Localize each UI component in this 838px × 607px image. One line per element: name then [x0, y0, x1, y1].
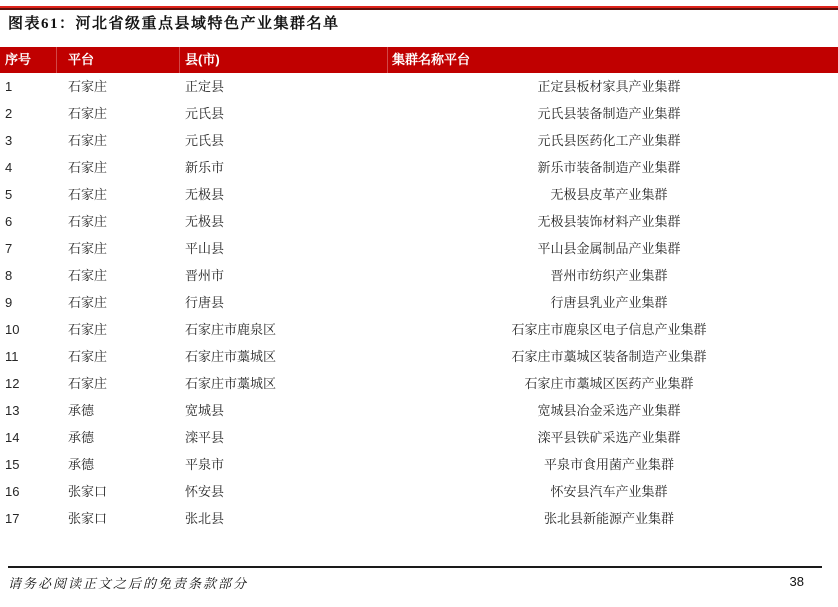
- cell-cluster-name: 行唐县乳业产业集群: [388, 289, 838, 316]
- cell-platform: 石家庄: [57, 154, 180, 181]
- cell-seq: 1: [0, 73, 57, 100]
- table-row: 17 张家口 张北县 张北县新能源产业集群: [0, 505, 838, 532]
- table-body: 1 石家庄 正定县 正定县板材家具产业集群 2 石家庄 元氏县 元氏县装备制造产…: [0, 73, 838, 532]
- table-row: 6 石家庄 无极县 无极县装饰材料产业集群: [0, 208, 838, 235]
- cell-seq: 8: [0, 262, 57, 289]
- table-row: 4 石家庄 新乐市 新乐市装备制造产业集群: [0, 154, 838, 181]
- cell-cluster-name: 张北县新能源产业集群: [388, 505, 838, 532]
- cell-seq: 14: [0, 424, 57, 451]
- cell-seq: 4: [0, 154, 57, 181]
- cell-county: 平山县: [180, 235, 388, 262]
- cell-platform: 石家庄: [57, 262, 180, 289]
- table-row: 7 石家庄 平山县 平山县金属制品产业集群: [0, 235, 838, 262]
- cell-county: 晋州市: [180, 262, 388, 289]
- cell-platform: 石家庄: [57, 235, 180, 262]
- cell-cluster-name: 滦平县铁矿采选产业集群: [388, 424, 838, 451]
- report-page: 图表61：河北省级重点县域特色产业集群名单 序号 平台 县(市) 集群名称平台 …: [0, 0, 838, 607]
- table-row: 15 承德 平泉市 平泉市食用菌产业集群: [0, 451, 838, 478]
- cell-county: 无极县: [180, 181, 388, 208]
- table-row: 2 石家庄 元氏县 元氏县装备制造产业集群: [0, 100, 838, 127]
- cell-seq: 7: [0, 235, 57, 262]
- table-header-cluster-name: 集群名称平台: [388, 47, 838, 73]
- cell-platform: 承德: [57, 397, 180, 424]
- cell-county: 平泉市: [180, 451, 388, 478]
- cell-seq: 2: [0, 100, 57, 127]
- footer-divider-line: [8, 566, 822, 568]
- table-row: 8 石家庄 晋州市 晋州市纺织产业集群: [0, 262, 838, 289]
- cell-cluster-name: 石家庄市鹿泉区电子信息产业集群: [388, 316, 838, 343]
- cell-seq: 11: [0, 343, 57, 370]
- figure-title: 图表61：河北省级重点县域特色产业集群名单: [8, 12, 340, 33]
- cell-seq: 15: [0, 451, 57, 478]
- cell-seq: 10: [0, 316, 57, 343]
- table-row: 13 承德 宽城县 宽城县冶金采选产业集群: [0, 397, 838, 424]
- cell-seq: 16: [0, 478, 57, 505]
- cell-cluster-name: 正定县板材家具产业集群: [388, 73, 838, 100]
- disclaimer-text: 请务必阅读正文之后的免责条款部分: [8, 573, 248, 592]
- cell-county: 怀安县: [180, 478, 388, 505]
- cell-platform: 石家庄: [57, 343, 180, 370]
- page-number: 38: [790, 574, 804, 589]
- cell-platform: 张家口: [57, 505, 180, 532]
- cell-seq: 12: [0, 370, 57, 397]
- cell-county: 宽城县: [180, 397, 388, 424]
- cell-cluster-name: 怀安县汽车产业集群: [388, 478, 838, 505]
- table-row: 12 石家庄 石家庄市藁城区 石家庄市藁城区医药产业集群: [0, 370, 838, 397]
- cell-seq: 5: [0, 181, 57, 208]
- cell-seq: 17: [0, 505, 57, 532]
- table-row: 14 承德 滦平县 滦平县铁矿采选产业集群: [0, 424, 838, 451]
- table-row: 16 张家口 怀安县 怀安县汽车产业集群: [0, 478, 838, 505]
- cell-county: 正定县: [180, 73, 388, 100]
- top-accent-line-dark: [0, 8, 838, 10]
- cell-county: 元氏县: [180, 100, 388, 127]
- table-header-platform: 平台: [57, 47, 180, 73]
- cell-county: 张北县: [180, 505, 388, 532]
- cell-cluster-name: 石家庄市藁城区医药产业集群: [388, 370, 838, 397]
- table-row: 11 石家庄 石家庄市藁城区 石家庄市藁城区装备制造产业集群: [0, 343, 838, 370]
- cell-cluster-name: 元氏县医药化工产业集群: [388, 127, 838, 154]
- cell-county: 行唐县: [180, 289, 388, 316]
- cell-platform: 石家庄: [57, 289, 180, 316]
- cell-county: 石家庄市藁城区: [180, 343, 388, 370]
- cell-county: 滦平县: [180, 424, 388, 451]
- cell-platform: 承德: [57, 424, 180, 451]
- cell-cluster-name: 平泉市食用菌产业集群: [388, 451, 838, 478]
- cell-platform: 石家庄: [57, 127, 180, 154]
- cell-cluster-name: 元氏县装备制造产业集群: [388, 100, 838, 127]
- table-header-row: 序号 平台 县(市) 集群名称平台: [0, 47, 838, 73]
- cell-seq: 6: [0, 208, 57, 235]
- cell-county: 元氏县: [180, 127, 388, 154]
- cell-county: 无极县: [180, 208, 388, 235]
- cell-platform: 张家口: [57, 478, 180, 505]
- cell-platform: 石家庄: [57, 316, 180, 343]
- cell-cluster-name: 平山县金属制品产业集群: [388, 235, 838, 262]
- cell-platform: 承德: [57, 451, 180, 478]
- cell-cluster-name: 宽城县冶金采选产业集群: [388, 397, 838, 424]
- cell-cluster-name: 晋州市纺织产业集群: [388, 262, 838, 289]
- cell-cluster-name: 石家庄市藁城区装备制造产业集群: [388, 343, 838, 370]
- table-row: 1 石家庄 正定县 正定县板材家具产业集群: [0, 73, 838, 100]
- cell-platform: 石家庄: [57, 370, 180, 397]
- cell-seq: 13: [0, 397, 57, 424]
- cell-platform: 石家庄: [57, 181, 180, 208]
- cell-county: 石家庄市鹿泉区: [180, 316, 388, 343]
- cell-county: 新乐市: [180, 154, 388, 181]
- cell-cluster-name: 新乐市装备制造产业集群: [388, 154, 838, 181]
- cell-seq: 3: [0, 127, 57, 154]
- table-header-county: 县(市): [180, 47, 388, 73]
- cell-platform: 石家庄: [57, 73, 180, 100]
- table-row: 5 石家庄 无极县 无极县皮革产业集群: [0, 181, 838, 208]
- table-row: 10 石家庄 石家庄市鹿泉区 石家庄市鹿泉区电子信息产业集群: [0, 316, 838, 343]
- cell-cluster-name: 无极县皮革产业集群: [388, 181, 838, 208]
- cell-seq: 9: [0, 289, 57, 316]
- table-row: 9 石家庄 行唐县 行唐县乳业产业集群: [0, 289, 838, 316]
- cell-cluster-name: 无极县装饰材料产业集群: [388, 208, 838, 235]
- cell-platform: 石家庄: [57, 100, 180, 127]
- table-row: 3 石家庄 元氏县 元氏县医药化工产业集群: [0, 127, 838, 154]
- cell-county: 石家庄市藁城区: [180, 370, 388, 397]
- cell-platform: 石家庄: [57, 208, 180, 235]
- table-header-seq: 序号: [0, 47, 57, 73]
